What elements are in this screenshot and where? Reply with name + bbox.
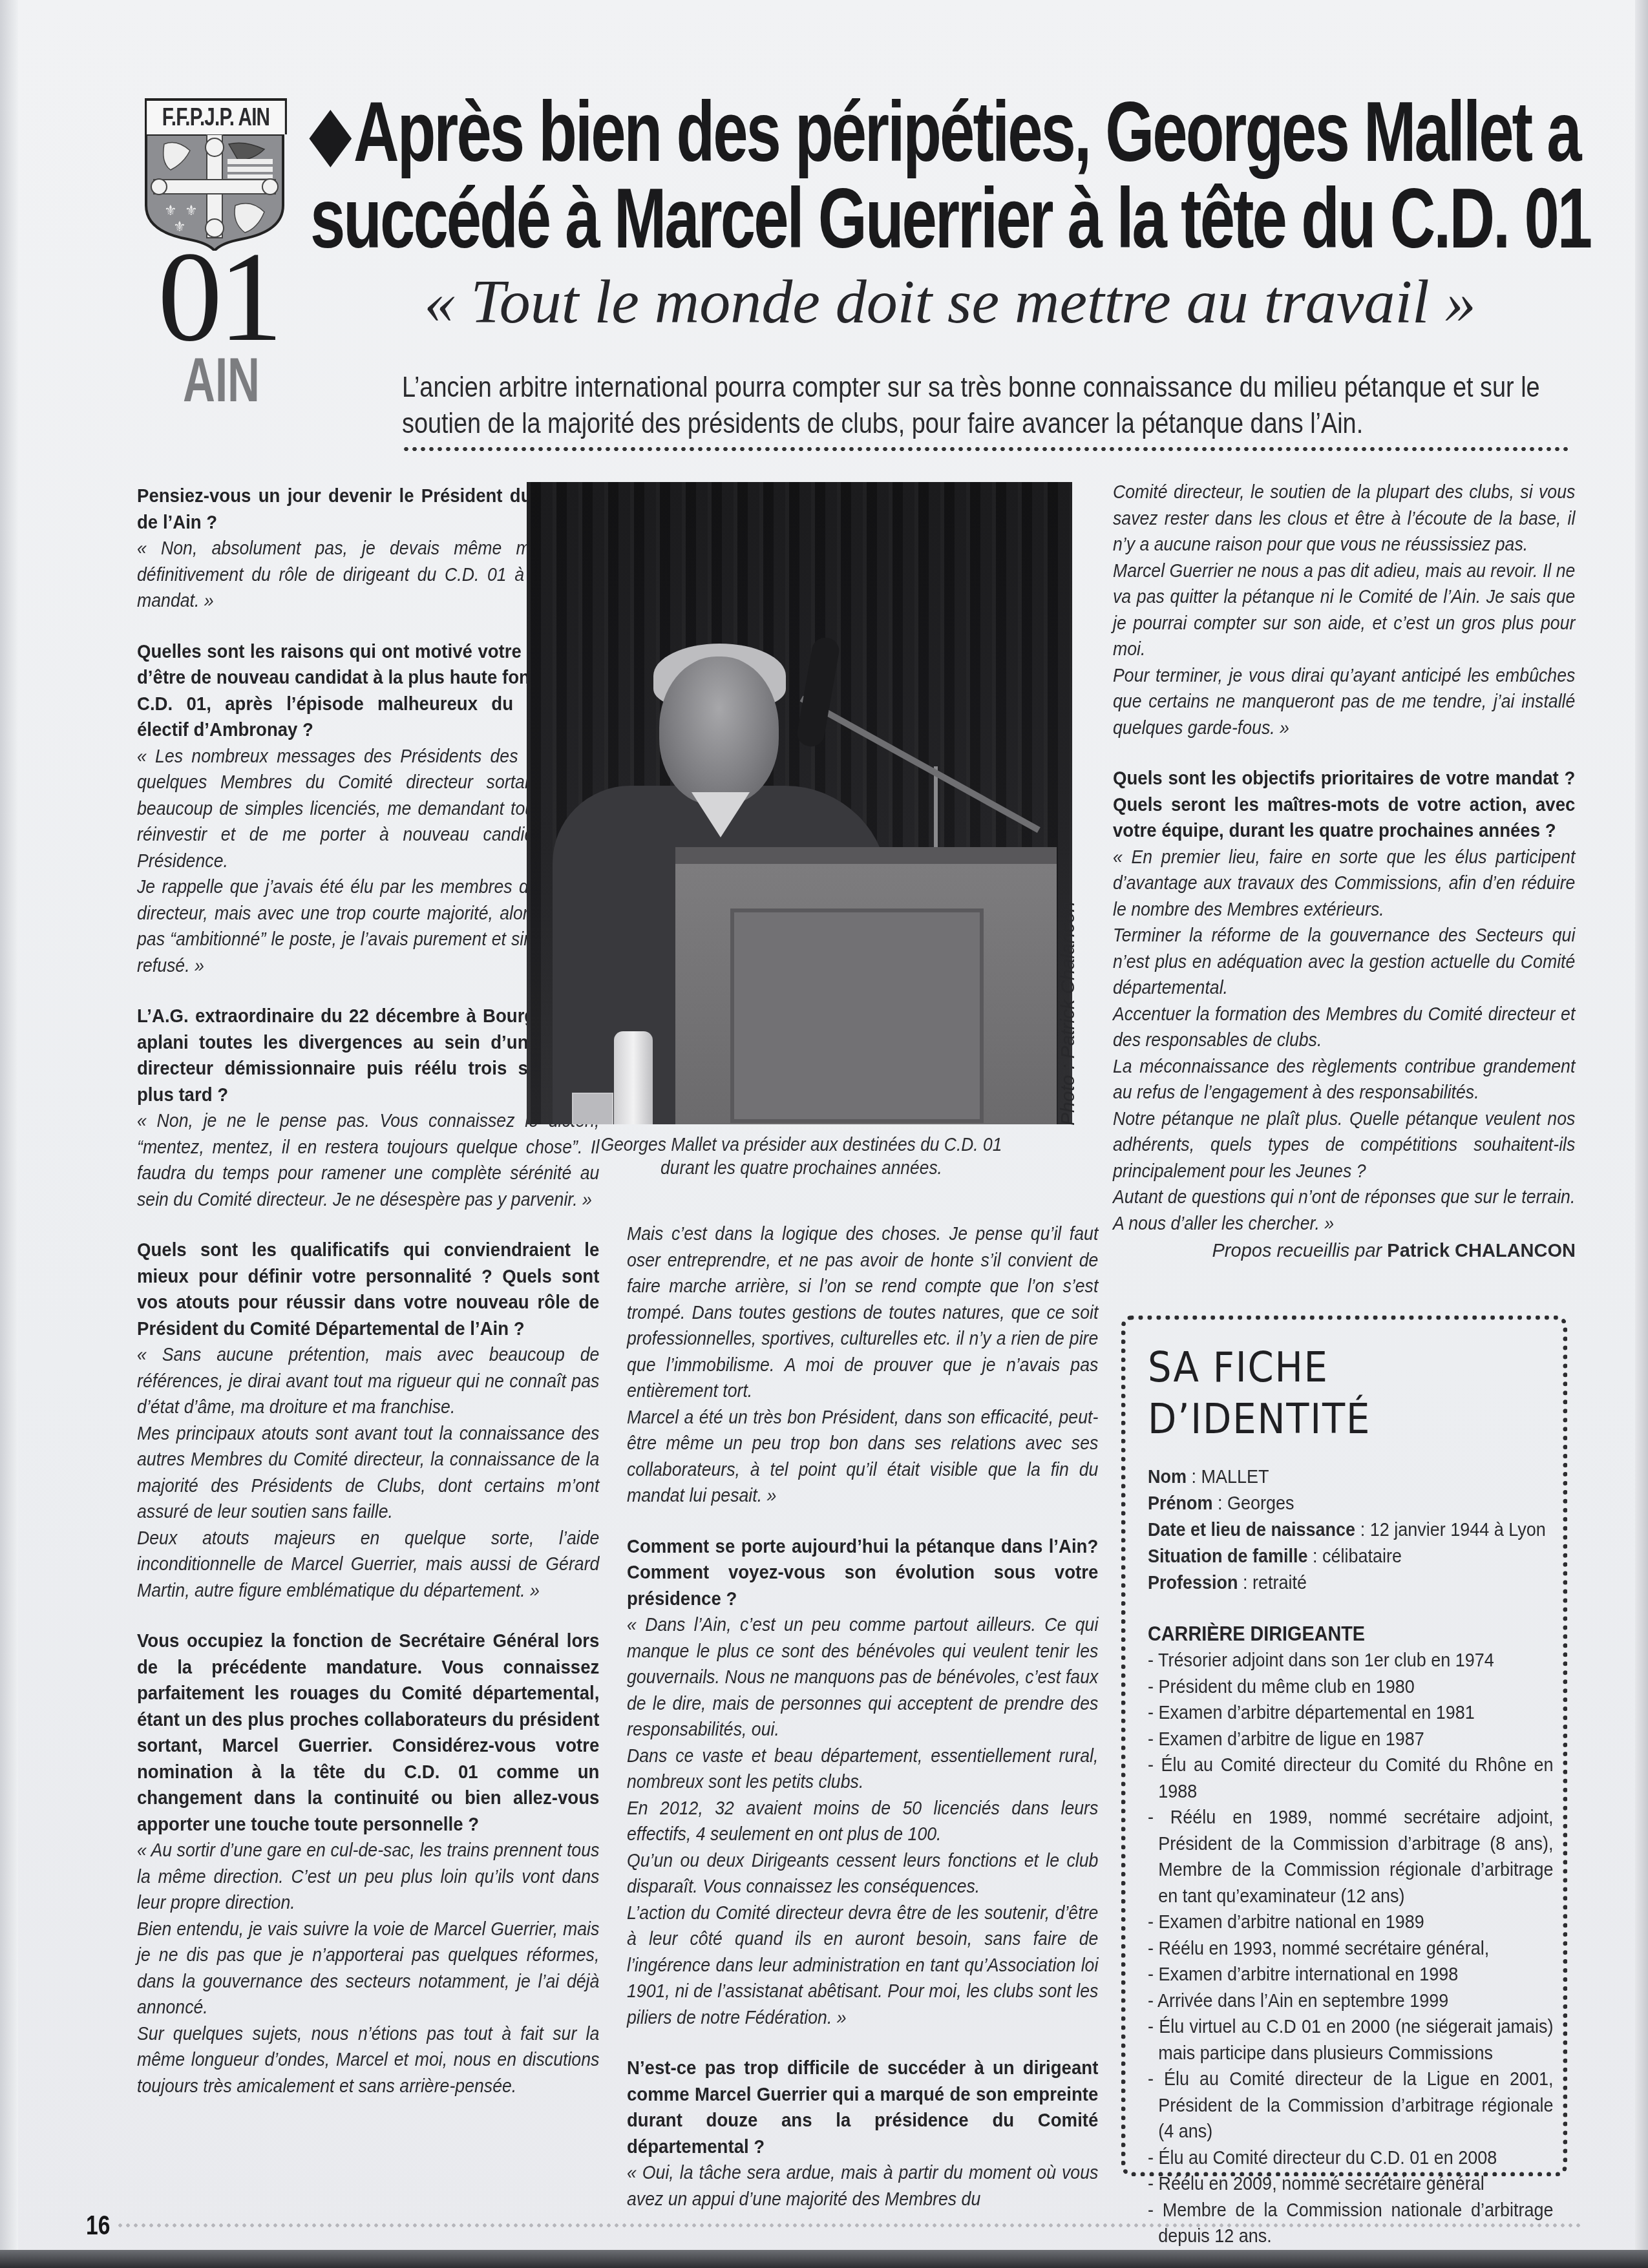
career-item: - Élu au Comité directeur du C.D. 01 en … bbox=[1148, 2145, 1554, 2172]
interview-answer: Comité directeur, le soutien de la plupa… bbox=[1113, 479, 1575, 741]
qa-block: Comité directeur, le soutien de la plupa… bbox=[1113, 479, 1576, 741]
career-item: - Réélu en 1989, nommé secrétaire adjoin… bbox=[1148, 1805, 1554, 1909]
microphone-icon bbox=[796, 636, 841, 749]
career-item: - Élu au Comité directeur du Comité du R… bbox=[1148, 1752, 1554, 1805]
interview-question: Comment se porte aujourd’hui la pétanque… bbox=[627, 1534, 1098, 1613]
article-photo bbox=[527, 482, 1072, 1124]
identity-field-naissance: Date et lieu de naissance : 12 janvier 1… bbox=[1148, 1517, 1543, 1543]
interview-answer: « Sans aucune prétention, mais avec beau… bbox=[137, 1342, 599, 1604]
qa-block: Comment se porte aujourd’hui la pétanque… bbox=[627, 1534, 1099, 2032]
qa-block: Vous occupiez la fonction de Secrétaire … bbox=[137, 1628, 600, 2099]
photo-person-head bbox=[659, 656, 779, 805]
interview-question: Quels sont les qualificatifs qui convien… bbox=[137, 1237, 599, 1342]
svg-text:⚜: ⚜ bbox=[185, 202, 198, 218]
identity-field-prenom: Prénom : Georges bbox=[1148, 1490, 1543, 1517]
photo-credit: Photo : Patrick Chalancon bbox=[1057, 901, 1079, 1126]
career-item: - Élu virtuel au C.D 01 en 2000 (ne siég… bbox=[1148, 2014, 1554, 2066]
crest-label: F.F.P.J.P. AIN bbox=[145, 98, 287, 134]
interview-question: Quels sont les objectifs prioritaires de… bbox=[1113, 766, 1575, 845]
page-binding-edge bbox=[0, 0, 18, 2268]
diamond-bullet-icon: ◆ bbox=[310, 93, 349, 173]
article-byline: Propos recueillis par Patrick CHALANCON bbox=[1113, 1241, 1576, 1262]
article-standfirst: L’ancien arbitre international pourra co… bbox=[402, 370, 1580, 442]
department-number: 01 bbox=[154, 239, 283, 355]
career-item: - Examen d’arbitre international en 1998 bbox=[1148, 1962, 1554, 1988]
interview-answer: « Oui, la tâche sera ardue, mais à parti… bbox=[627, 2160, 1098, 2212]
career-item: - Président du même club en 1980 bbox=[1148, 1674, 1554, 1701]
career-item: - Examen d’arbitre national en 1989 bbox=[1148, 1909, 1554, 1936]
identity-field-situation: Situation de famille : célibataire bbox=[1148, 1543, 1543, 1570]
water-bottle bbox=[614, 1031, 653, 1124]
interview-answer: « Dans l’Ain, c’est un peu comme partout… bbox=[627, 1612, 1098, 2031]
career-item: - Élu au Comité directeur de la Ligue en… bbox=[1148, 2066, 1554, 2145]
page-bottom-edge bbox=[0, 2250, 1648, 2268]
headline-line-2: succédé à Marcel Guerrier à la tête du C… bbox=[310, 176, 1247, 261]
drinking-glass bbox=[572, 1093, 613, 1124]
identity-card-title: SA FICHE D’IDENTITÉ bbox=[1148, 1342, 1504, 1445]
dotted-divider bbox=[402, 446, 1570, 452]
interview-answer: « En premier lieu, faire en sorte que le… bbox=[1113, 845, 1575, 1237]
column-middle: Mais c’est dans la logique des choses. J… bbox=[627, 1221, 1099, 2212]
interview-question: Vous occupiez la fonction de Secrétaire … bbox=[137, 1628, 599, 1838]
career-section-title: CARRIÈRE DIRIGEANTE bbox=[1148, 1619, 1504, 1648]
byline-prefix: Propos recueillis par bbox=[1212, 1241, 1382, 1261]
article-headline: ◆Après bien des péripéties, Georges Mall… bbox=[310, 89, 1247, 261]
career-list: - Trésorier adjoint dans son 1er club en… bbox=[1148, 1648, 1543, 2250]
bottom-dotted-divider bbox=[116, 2223, 1583, 2228]
qa-block: Mais c’est dans la logique des choses. J… bbox=[627, 1221, 1099, 1509]
lectern-panel bbox=[730, 908, 984, 1123]
department-name: AIN bbox=[183, 354, 253, 407]
magazine-page: F.F.P.J.P. AIN ⚜ ⚜ ⚜ 01 AIN ◆Après bien … bbox=[0, 0, 1648, 2268]
career-item: - Trésorier adjoint dans son 1er club en… bbox=[1148, 1648, 1554, 1674]
career-item: - Arrivée dans l’Ain en septembre 1999 bbox=[1148, 1988, 1554, 2015]
qa-block: Quels sont les objectifs prioritaires de… bbox=[1113, 766, 1576, 1237]
identity-card-box: SA FICHE D’IDENTITÉ Nom : MALLET Prénom … bbox=[1121, 1316, 1567, 2176]
identity-field-nom: Nom : MALLET bbox=[1148, 1464, 1543, 1490]
byline-author: Patrick CHALANCON bbox=[1387, 1241, 1576, 1261]
article-quote-title: « Tout le monde doit se mettre au travai… bbox=[375, 266, 1525, 337]
qa-block: Quels sont les qualificatifs qui convien… bbox=[137, 1237, 600, 1604]
column-right: Comité directeur, le soutien de la plupa… bbox=[1113, 479, 1576, 1237]
headline-line-1: ◆Après bien des péripéties, Georges Mall… bbox=[310, 89, 1247, 176]
photo-caption: Georges Mallet va présider aux destinées… bbox=[591, 1133, 1011, 1180]
career-item: - Examen d’arbitre départemental en 1981 bbox=[1148, 1700, 1554, 1727]
interview-answer: Mais c’est dans la logique des choses. J… bbox=[627, 1221, 1098, 1509]
identity-field-profession: Profession : retraité bbox=[1148, 1570, 1543, 1596]
page-number: 16 bbox=[86, 2210, 107, 2241]
page-right-edge bbox=[1635, 0, 1648, 2268]
qa-block: N’est-ce pas trop difficile de succéder … bbox=[627, 2055, 1099, 2212]
career-item: - Réélu en 1993, nommé secrétaire généra… bbox=[1148, 1936, 1554, 1962]
interview-question: N’est-ce pas trop difficile de succéder … bbox=[627, 2055, 1098, 2160]
career-item: - Réélu en 2009, nommé secrétaire généra… bbox=[1148, 2171, 1554, 2198]
interview-answer: « Au sortir d’une gare en cul-de-sac, le… bbox=[137, 1838, 599, 2099]
career-item: - Examen d’arbitre de ligue en 1987 bbox=[1148, 1727, 1554, 1753]
svg-text:⚜: ⚜ bbox=[164, 202, 177, 218]
